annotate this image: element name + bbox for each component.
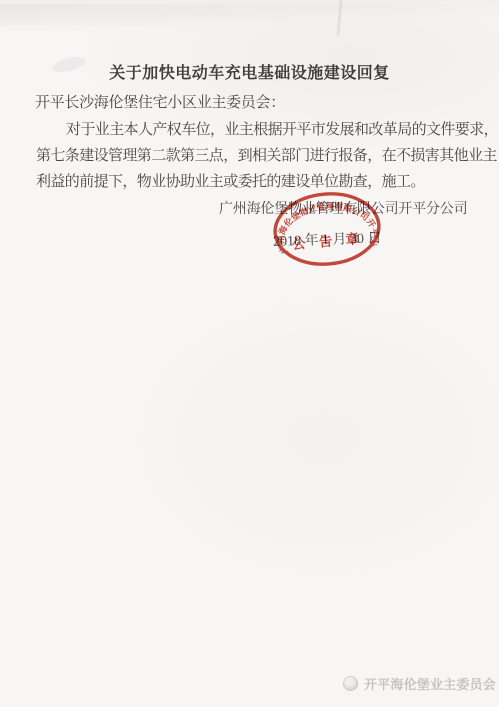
body-line-1: 对于业主本人产权车位，业主根据开平市发展和改革局的文件要求， [36, 117, 468, 143]
committee-logo-icon [343, 676, 358, 691]
stamp-center-text: 公 告 章 [291, 230, 364, 252]
footer-committee-name: 开平海伦堡业主委员会 [364, 674, 496, 693]
body-line-2: 第七条建设管理第二款第三点，到相关部门进行报备，在不损害其他业主 [36, 143, 468, 169]
document-title: 关于加快电动车充电基础设施建设回复 [0, 60, 499, 83]
scanned-document-page: 关于加快电动车充电基础设施建设回复 开平长沙海伦堡住宅小区业主委员会： 对于业主… [0, 0, 499, 707]
body-line-3: 利益的前提下，物业协助业主或委托的建设单位勘查，施工。 [36, 169, 468, 195]
official-seal-stamp: 广州海伦堡物业管理有限公司开平分公司 公 告 章 [266, 186, 388, 272]
scan-crease-vertical [336, 0, 342, 36]
salutation-line: 开平长沙海伦堡住宅小区业主委员会： [35, 91, 285, 112]
footer-watermark: 开平海伦堡业主委员会 [343, 674, 496, 693]
scan-crease-top [0, 4, 499, 26]
body-paragraph: 对于业主本人产权车位，业主根据开平市发展和改革局的文件要求， 第七条建设管理第二… [36, 117, 468, 195]
